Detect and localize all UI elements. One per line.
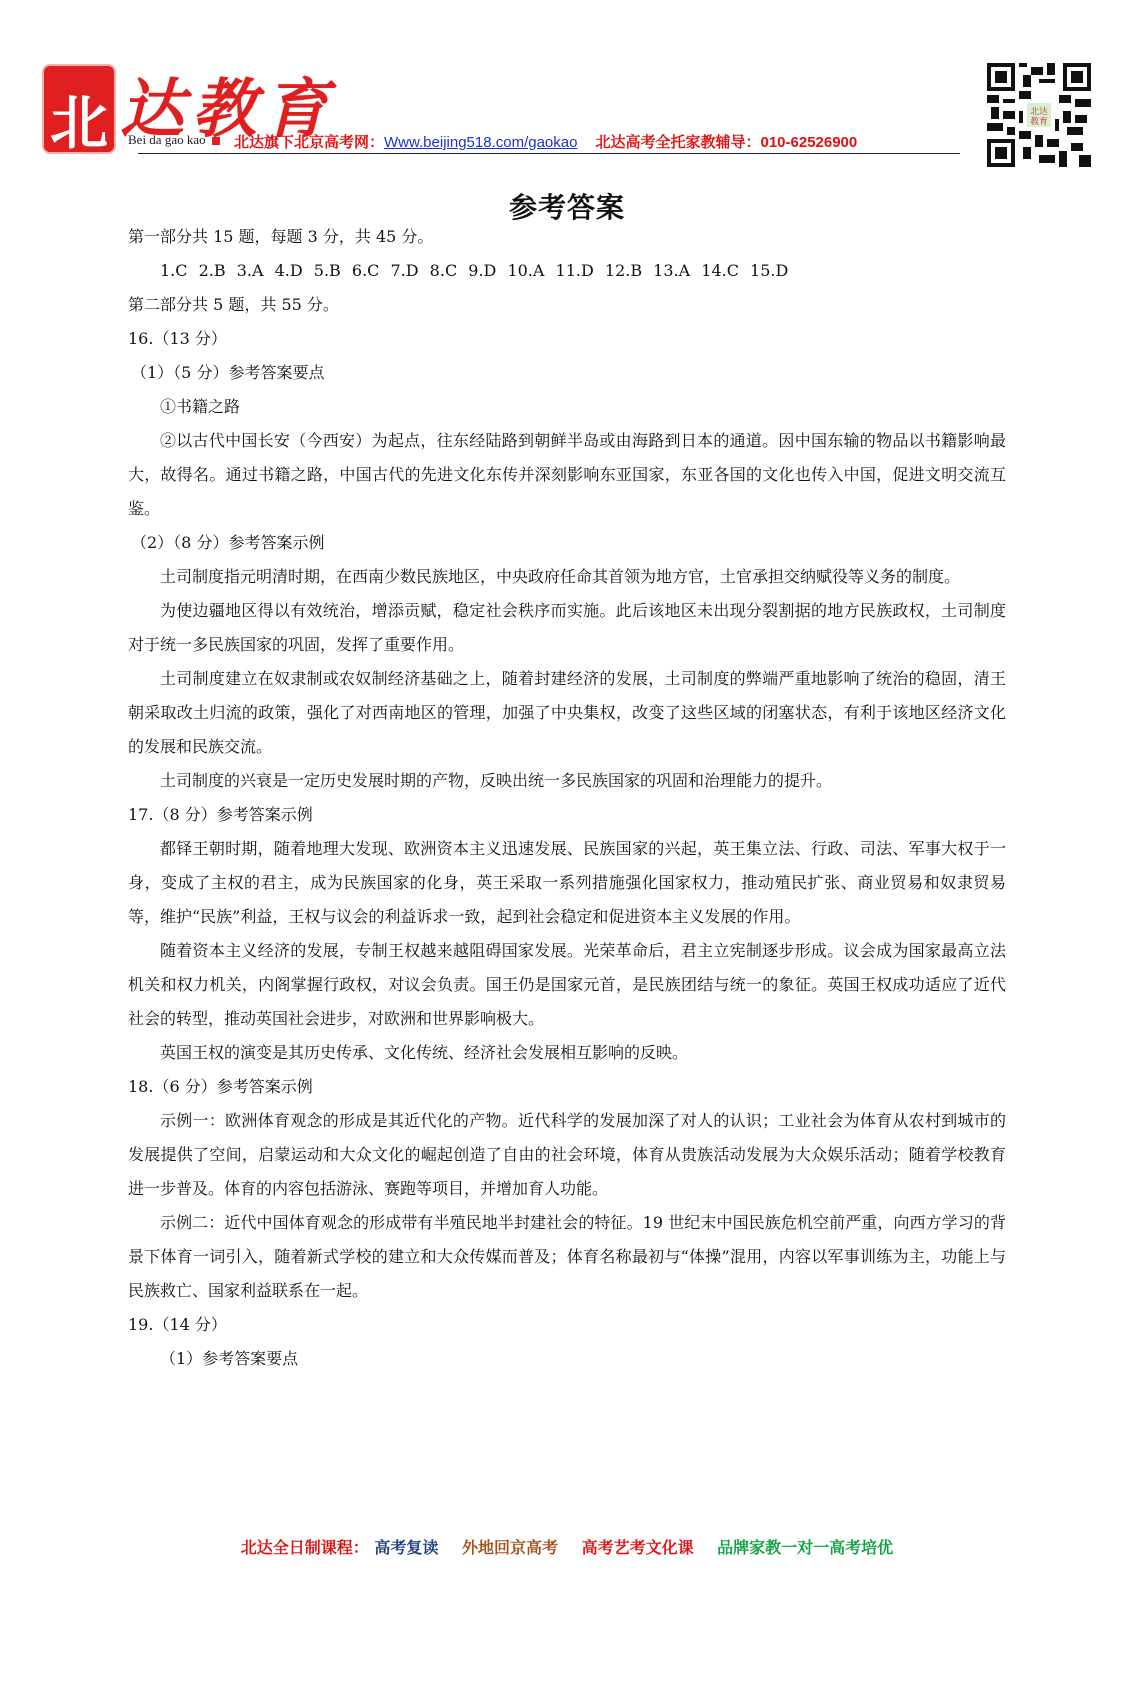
q16-sub2-heading: （2）（8 分）参考答案示例 [128,526,1006,560]
part1-answers: 1.C 2.B 3.A 4.D 5.B 6.C 7.D 8.C 9.D 10.A… [128,254,1006,288]
svg-text:教育: 教育 [1030,115,1048,127]
footer-course-repeat: 高考复读 [374,1538,438,1557]
q16-sub2-paragraph: 土司制度的兴衰是一定历史发展时期的产物，反映出统一多民族国家的巩固和治理能力的提… [128,764,1006,798]
q17-paragraph: 随着资本主义经济的发展，专制王权越来越阻碍国家发展。光荣革命后，君主立宪制逐步形… [128,934,1006,1036]
footer-course-tutoring: 品牌家教一对一高考培优 [717,1538,893,1557]
q16-sub2-paragraph: 土司制度指元明清时期，在西南少数民族地区，中央政府任命其首领为地方官，土官承担交… [128,560,1006,594]
header-divider [138,153,960,154]
brand-logo-icon: 北 [44,66,114,152]
footer-course-art: 高考艺考文化课 [582,1538,694,1557]
page-header: 北 达教育 Bei da gao kao 北达旗下北京高考网：Www.beiji… [0,0,1134,180]
q17-paragraph: 英国王权的演变是其历史传承、文化传统、经济社会发展相互影响的反映。 [128,1036,1006,1070]
logo-char: 北 [44,76,114,160]
brand-tagline: Bei da gao kao [128,132,226,148]
tutoring-label: 北达高考全托家教辅导： [595,134,760,151]
q18-paragraph: 示例一：欧洲体育观念的形成是其近代化的产物。近代科学的发展加深了对人的认识；工业… [128,1104,1006,1206]
q16-sub1-heading: （1）（5 分）参考答案要点 [128,356,1006,390]
q19-heading: 19.（14 分） [128,1308,1006,1342]
part2-intro: 第二部分共 5 题，共 55 分。 [128,288,1006,322]
qr-code-icon: 北达 教育 [987,62,1091,168]
q16-sub2-paragraph: 为使边疆地区得以有效统治，增添贡赋，稳定社会秩序而实施。此后该地区未出现分裂割据… [128,594,1006,662]
page-footer: 北达全日制课程： 高考复读 外地回京高考 高考艺考文化课 品牌家教一对一高考培优 [0,1535,1134,1558]
q16-sub1-point2: ②以古代中国长安（今西安）为起点，往东经陆路到朝鲜半岛或由海路到日本的通道。因中… [128,424,1006,526]
answer-content: 第一部分共 15 题，每题 3 分，共 45 分。 1.C 2.B 3.A 4.… [128,220,1006,1376]
part1-intro: 第一部分共 15 题，每题 3 分，共 45 分。 [128,220,1006,254]
q18-heading: 18.（6 分）参考答案示例 [128,1070,1006,1104]
site-link[interactable]: Www.beijing518.com/gaokao [384,134,577,151]
q19-sub1-heading: （1）参考答案要点 [128,1342,1006,1376]
header-contact-line: 北达旗下北京高考网：Www.beijing518.com/gaokao北达高考全… [234,131,857,152]
phone-number: 010-62526900 [760,134,857,151]
svg-text:北达: 北达 [1030,105,1048,117]
q18-paragraph: 示例二：近代中国体育观念的形成带有半殖民地半封建社会的特征。19 世纪末中国民族… [128,1206,1006,1308]
tagline-text: Bei da gao kao [128,132,206,147]
q16-sub1-point1: ①书籍之路 [128,390,1006,424]
site-label: 北达旗下北京高考网： [234,134,384,151]
q16-sub2-paragraph: 土司制度建立在奴隶制或农奴制经济基础之上，随着封建经济的发展，土司制度的弊端严重… [128,662,1006,764]
footer-label: 北达全日制课程： [241,1538,369,1557]
footer-course-return-beijing: 外地回京高考 [462,1538,558,1557]
q16-heading: 16.（13 分） [128,322,1006,356]
q17-heading: 17.（8 分）参考答案示例 [128,798,1006,832]
q17-paragraph: 都铎王朝时期，随着地理大发现、欧洲资本主义迅速发展、民族国家的兴起，英王集立法、… [128,832,1006,934]
bullet-square-icon [212,137,220,145]
